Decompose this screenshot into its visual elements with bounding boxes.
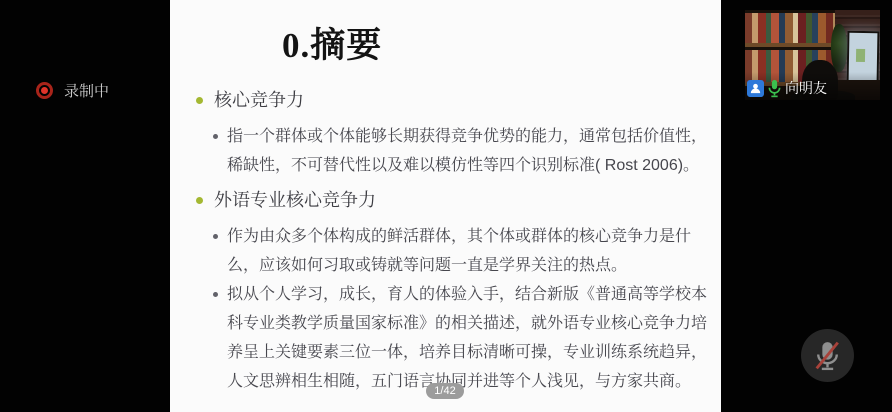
slide-content: 核心竞争力 指一个群体或个体能够长期获得竞争优势的能力，通常包括价值性，稀缺性，…: [196, 88, 726, 404]
record-dot-icon: [36, 82, 53, 99]
bullet-heading: 外语专业核心竞争力: [196, 188, 726, 212]
page-indicator: 1/42: [426, 383, 464, 399]
bullet-item: 作为由众多个体构成的鲜活群体，其个体或群体的核心竞争力是什么，应该如何习取或铸就…: [196, 222, 726, 280]
recording-indicator: 录制中: [36, 80, 109, 101]
meeting-stage: 录制中 0.摘要 核心竞争力 指一个群体或个体能够长期获得竞争优势的能力，通常包…: [0, 0, 892, 412]
mic-on-icon: [767, 79, 782, 98]
participant-info-bar: 向明友: [747, 78, 827, 98]
bullet-heading: 核心竞争力: [196, 88, 726, 112]
sub-bullet-dot-icon: [213, 292, 218, 297]
bullet-group: 外语专业核心竞争力 作为由众多个体构成的鲜活群体，其个体或群体的核心竞争力是什么…: [196, 188, 726, 396]
microphone-mute-button[interactable]: [801, 329, 854, 382]
sub-bullet-dot-icon: [213, 134, 218, 139]
sub-bullet-dot-icon: [213, 234, 218, 239]
bullet-dot-icon: [196, 197, 203, 204]
recording-label: 录制中: [64, 80, 109, 101]
bullet-group: 核心竞争力 指一个群体或个体能够长期获得竞争优势的能力，通常包括价值性，稀缺性，…: [196, 88, 726, 180]
presentation-slide: 0.摘要 核心竞争力 指一个群体或个体能够长期获得竞争优势的能力，通常包括价值性…: [170, 0, 721, 412]
user-icon: [747, 80, 764, 97]
bullet-item-text: 作为由众多个体构成的鲜活群体，其个体或群体的核心竞争力是什么，应该如何习取或铸就…: [227, 222, 721, 280]
plant-decor: [831, 24, 847, 72]
bullet-heading-text: 核心竞争力: [214, 88, 304, 112]
bullet-dot-icon: [196, 97, 203, 104]
bullet-item-text: 拟从个人学习，成长，育人的体验入手，结合新版《普通高等学校本科专业类教学质量国家…: [227, 280, 721, 396]
bullet-item: 指一个群体或个体能够长期获得竞争优势的能力，通常包括价值性，稀缺性，不可替代性以…: [196, 122, 726, 180]
bullet-item: 拟从个人学习，成长，育人的体验入手，结合新版《普通高等学校本科专业类教学质量国家…: [196, 280, 726, 396]
slide-title: 0.摘要: [282, 18, 382, 68]
bullet-item-text: 指一个群体或个体能够长期获得竞争优势的能力，通常包括价值性，稀缺性，不可替代性以…: [227, 122, 721, 180]
participant-name: 向明友: [785, 78, 827, 98]
mic-muted-icon: [812, 338, 843, 373]
participant-video-thumbnail[interactable]: 向明友: [745, 10, 880, 100]
bullet-heading-text: 外语专业核心竞争力: [214, 188, 376, 212]
